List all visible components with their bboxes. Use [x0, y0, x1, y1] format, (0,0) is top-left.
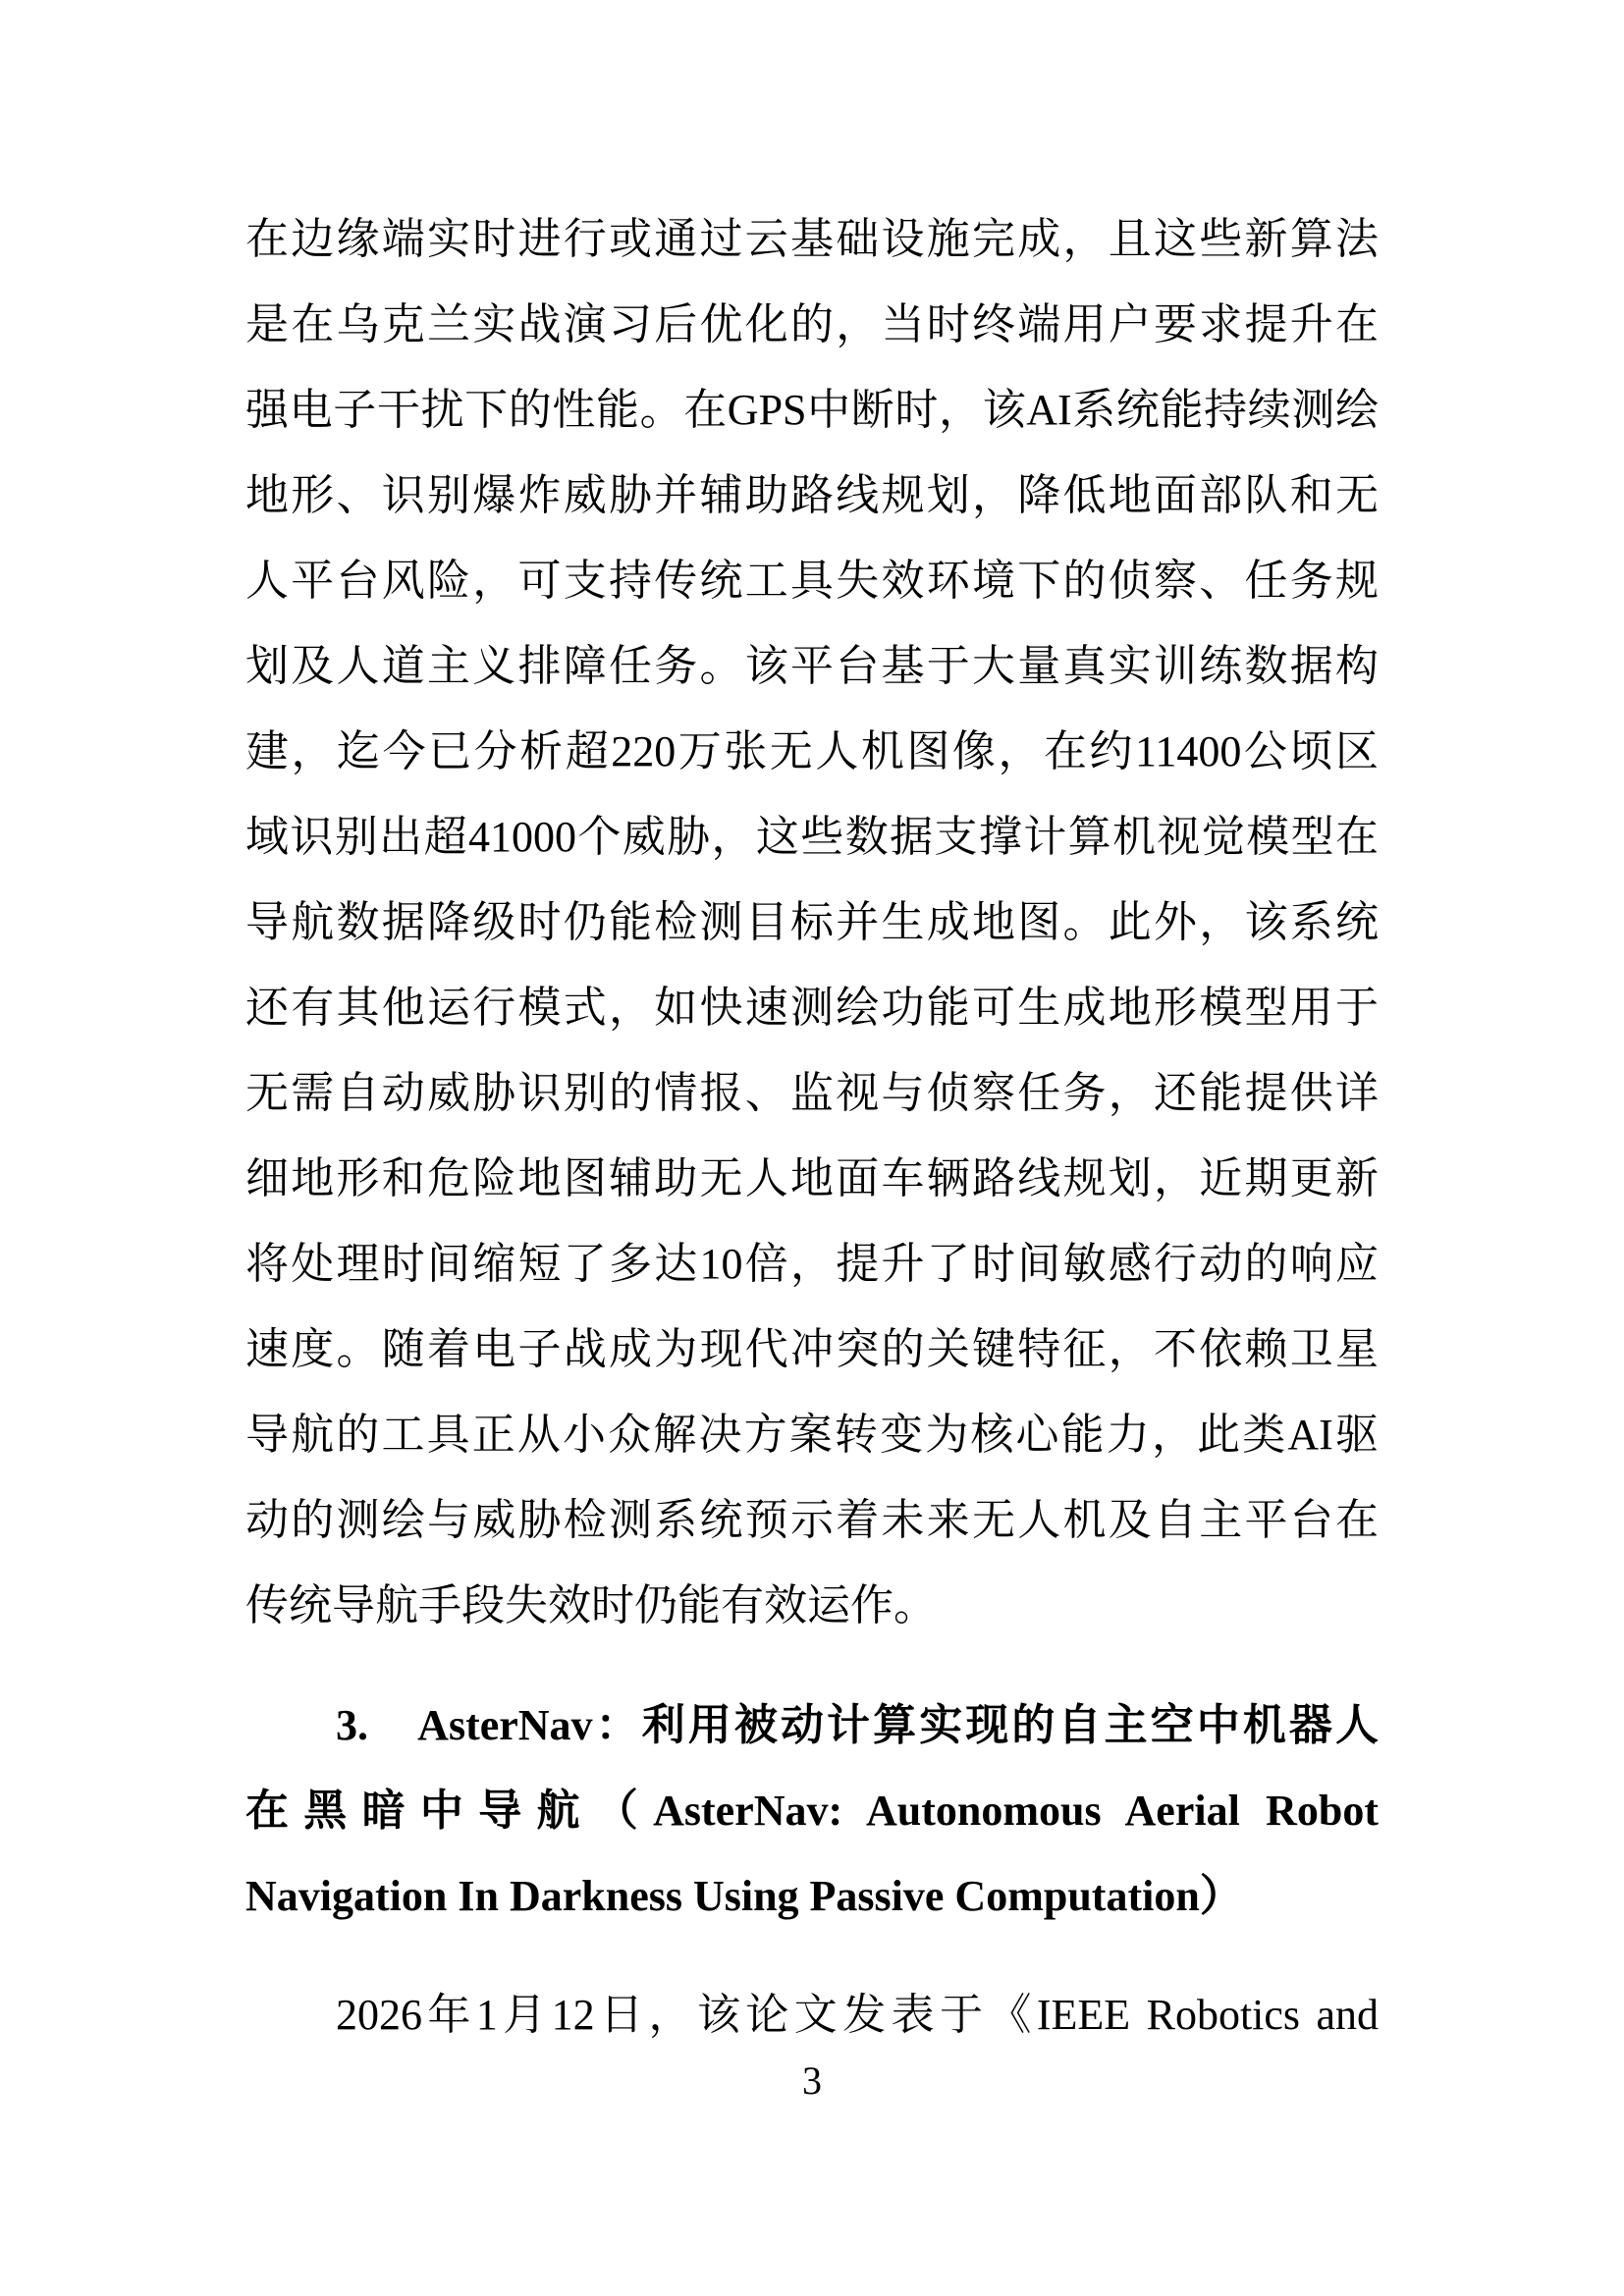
- paragraph-line: 2026年1月12日，该论文发表于《IEEE Robotics and: [245, 1972, 1379, 2057]
- paragraph-line: 动的测绘与威胁检测系统预示着未来无人机及自主平台在: [245, 1477, 1379, 1563]
- section-heading: 3. AsterNav：利用被动计算实现的自主空中机器人 在黑暗中导航（Aste…: [245, 1682, 1379, 1939]
- paragraph-2: 2026年1月12日，该论文发表于《IEEE Robotics and: [245, 1972, 1379, 2057]
- paragraph-line: 导航的工具正从小众解决方案转变为核心能力，此类AI驱: [245, 1392, 1379, 1477]
- paragraph-line: 速度。随着电子战成为现代冲突的关键特征，不依赖卫星: [245, 1307, 1379, 1392]
- paragraph-line: 建，迄今已分析超220万张无人机图像，在约11400公顷区: [245, 709, 1379, 794]
- paragraph-line: 传统导航手段失效时仍能有效运作。: [245, 1563, 1379, 1648]
- paragraph-line: 将处理时间缩短了多达10倍，提升了时间敏感行动的响应: [245, 1221, 1379, 1307]
- page-footer: 3: [245, 2059, 1379, 2103]
- document-page: 在边缘端实时进行或通过云基础设施完成，且这些新算法 是在乌克兰实战演习后优化的，…: [0, 0, 1624, 2296]
- paragraph-line: 域识别出超41000个威胁，这些数据支撑计算机视觉模型在: [245, 794, 1379, 880]
- paragraph-line: 细地形和危险地图辅助无人地面车辆路线规划，近期更新: [245, 1136, 1379, 1221]
- paragraph-line: 地形、识别爆炸威胁并辅助路线规划，降低地面部队和无: [245, 453, 1379, 538]
- heading-line: 3. AsterNav：利用被动计算实现的自主空中机器人: [245, 1682, 1379, 1768]
- paragraph-line: 在边缘端实时进行或通过云基础设施完成，且这些新算法: [245, 196, 1379, 282]
- paragraph-line: 人平台风险，可支持传统工具失效环境下的侦察、任务规: [245, 538, 1379, 623]
- heading-line: Navigation In Darkness Using Passive Com…: [245, 1853, 1379, 1939]
- paragraph-line: 划及人道主义排障任务。该平台基于大量真实训练数据构: [245, 623, 1379, 709]
- paragraph-line: 还有其他运行模式，如快速测绘功能可生成地形模型用于: [245, 965, 1379, 1050]
- page-number: 3: [802, 2058, 822, 2103]
- paragraph-line: 无需自动威胁识别的情报、监视与侦察任务，还能提供详: [245, 1050, 1379, 1136]
- heading-line: 在黑暗中导航（AsterNav: Autonomous Aerial Robot: [245, 1768, 1379, 1853]
- paragraph-1: 在边缘端实时进行或通过云基础设施完成，且这些新算法 是在乌克兰实战演习后优化的，…: [245, 196, 1379, 1648]
- paragraph-line: 强电子干扰下的性能。在GPS中断时，该AI系统能持续测绘: [245, 367, 1379, 453]
- paragraph-line: 是在乌克兰实战演习后优化的，当时终端用户要求提升在: [245, 282, 1379, 367]
- document-body: 在边缘端实时进行或通过云基础设施完成，且这些新算法 是在乌克兰实战演习后优化的，…: [245, 196, 1379, 2057]
- paragraph-line: 导航数据降级时仍能检测目标并生成地图。此外，该系统: [245, 880, 1379, 965]
